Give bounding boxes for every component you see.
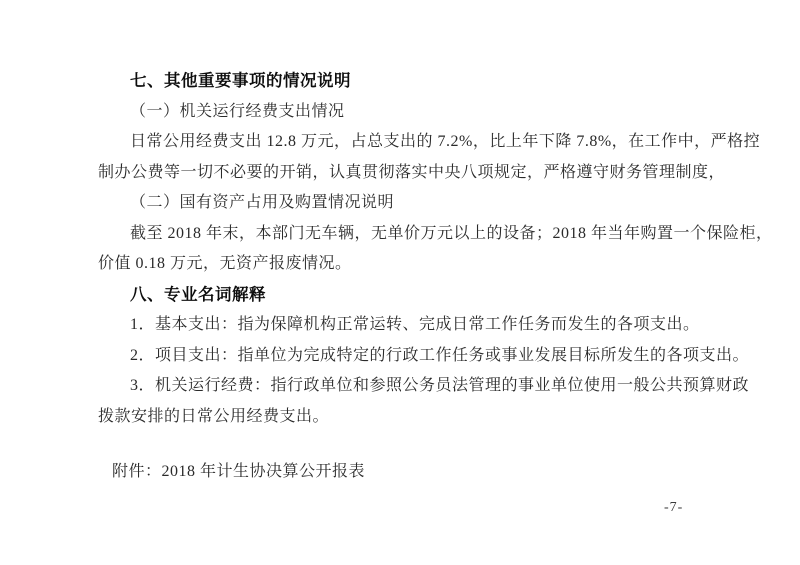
- page-number: -7-: [664, 500, 683, 516]
- text-line: 2．项目支出：指单位为完成特定的行政工作任务或事业发展目标所发生的各项支出。: [98, 341, 714, 372]
- section-heading: 八、专业名词解释: [98, 280, 714, 311]
- document-lines: 七、其他重要事项的情况说明（一）机关运行经费支出情况日常公用经费支出 12.8 …: [98, 66, 714, 432]
- text-line: 3．机关运行经费：指行政单位和参照公务员法管理的事业单位使用一般公共预算财政: [98, 371, 714, 402]
- text-line: 制办公费等一切不必要的开销，认真贯彻落实中央八项规定，严格遵守财务管理制度，: [98, 158, 714, 189]
- text-line: 截至 2018 年末，本部门无车辆，无单价万元以上的设备；2018 年当年购置一…: [98, 219, 714, 250]
- attachment-line: 附件：2018 年计生协决算公开报表: [98, 456, 714, 487]
- document-page: 七、其他重要事项的情况说明（一）机关运行经费支出情况日常公用经费支出 12.8 …: [0, 0, 800, 565]
- text-line: 1．基本支出：指为保障机构正常运转、完成日常工作任务而发生的各项支出。: [98, 310, 714, 341]
- document-body: 七、其他重要事项的情况说明（一）机关运行经费支出情况日常公用经费支出 12.8 …: [98, 66, 714, 487]
- text-line: 日常公用经费支出 12.8 万元，占总支出的 7.2%，比上年下降 7.8%，在…: [98, 127, 714, 158]
- text-line: 价值 0.18 万元，无资产报废情况。: [98, 249, 714, 280]
- text-line: （二）国有资产占用及购置情况说明: [98, 188, 714, 219]
- text-line: （一）机关运行经费支出情况: [98, 97, 714, 128]
- text-line: 拨款安排的日常公用经费支出。: [98, 402, 714, 433]
- section-heading: 七、其他重要事项的情况说明: [98, 66, 714, 97]
